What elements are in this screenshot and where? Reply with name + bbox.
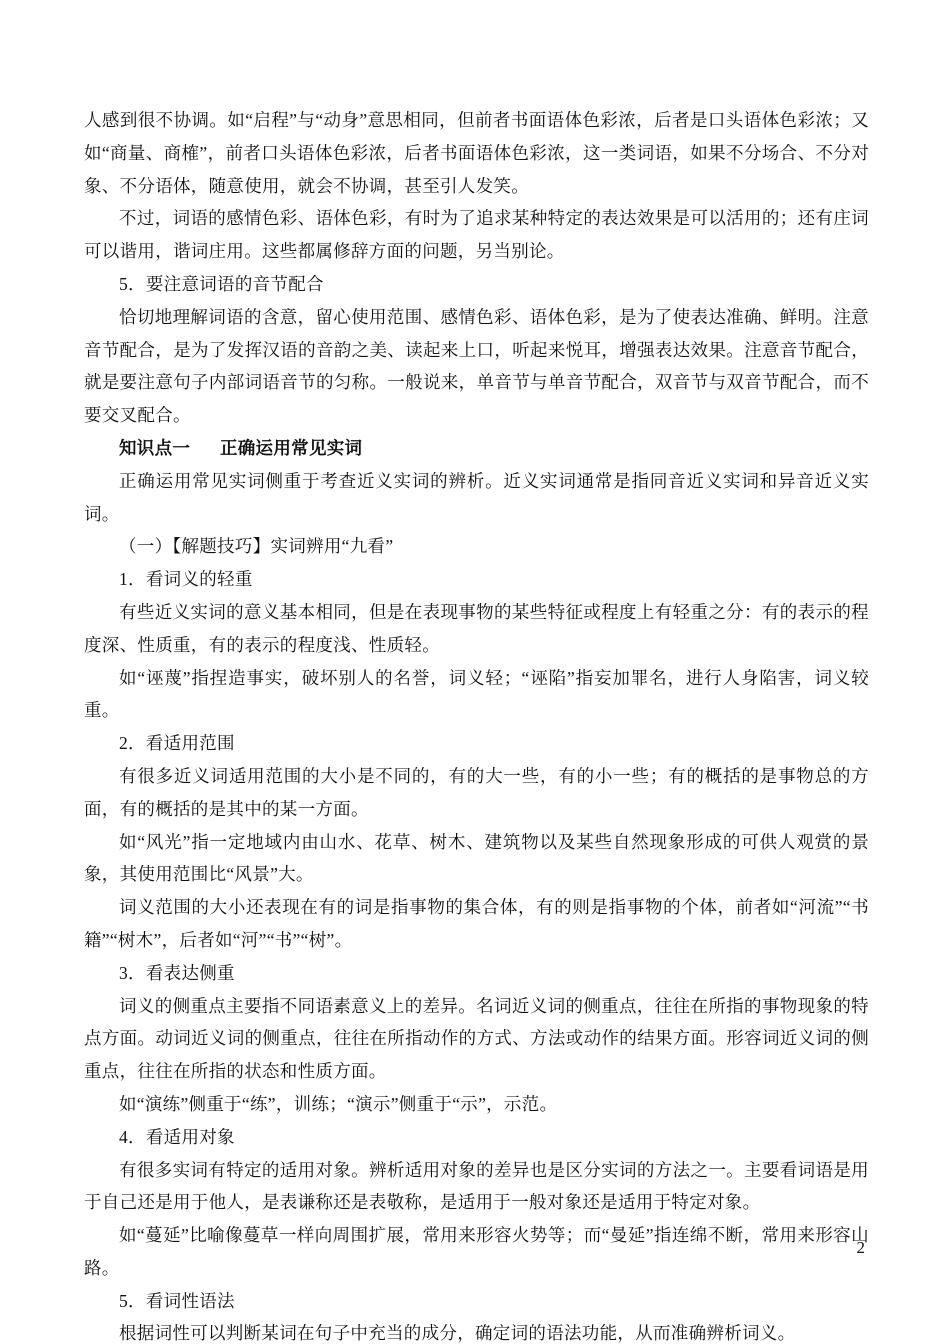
paragraph: 如“诬蔑”指捏造事实，破坏别人的名誉，词义轻；“诬陷”指妄加罪名，进行人身陷害，… xyxy=(84,662,869,728)
paragraph: 词义范围的大小还表现在有的词是指事物的集合体，有的则是指事物的个体，前者如“河流… xyxy=(84,891,869,957)
paragraph: 2．看适用范围 xyxy=(84,727,869,760)
paragraph: （一）【解题技巧】实词辨用“九看” xyxy=(84,530,869,563)
paragraph: 如“蔓延”比喻像蔓草一样向周围扩展，常用来形容火势等；而“曼延”指连绵不断，常用… xyxy=(84,1219,869,1285)
paragraph: 词义的侧重点主要指不同语素意义上的差异。名词近义词的侧重点，往往在所指的事物现象… xyxy=(84,990,869,1088)
paragraph: 如“演练”侧重于“练”，训练；“演示”侧重于“示”，示范。 xyxy=(84,1088,869,1121)
document-page: 人感到很不协调。如“启程”与“动身”意思相同，但前者书面语体色彩浓，后者是口头语… xyxy=(0,0,950,1344)
heading-part: 知识点一 xyxy=(119,438,190,458)
paragraph: 不过，词语的感情色彩、语体色彩，有时为了追求某种特定的表达效果是可以活用的；还有… xyxy=(84,202,869,268)
paragraph: 5．要注意词语的音节配合 xyxy=(84,268,869,301)
paragraph: 有很多近义词适用范围的大小是不同的，有的大一些，有的小一些；有的概括的是事物总的… xyxy=(84,760,869,826)
knowledge-point-heading: 知识点一正确运用常见实词 xyxy=(84,432,869,465)
paragraph: 人感到很不协调。如“启程”与“动身”意思相同，但前者书面语体色彩浓，后者是口头语… xyxy=(84,104,869,202)
paragraph: 3．看表达侧重 xyxy=(84,957,869,990)
document-body: 人感到很不协调。如“启程”与“动身”意思相同，但前者书面语体色彩浓，后者是口头语… xyxy=(84,104,869,1344)
paragraph: 4．看适用对象 xyxy=(84,1121,869,1154)
page-number: 2 xyxy=(857,1237,866,1259)
paragraph: 如“风光”指一定地域内由山水、花草、树木、建筑物以及某些自然现象形成的可供人观赏… xyxy=(84,826,869,892)
paragraph: 有很多实词有特定的适用对象。辨析适用对象的差异也是区分实词的方法之一。主要看词语… xyxy=(84,1154,869,1220)
paragraph: 5．看词性语法 xyxy=(84,1285,869,1318)
paragraph: 1．看词义的轻重 xyxy=(84,563,869,596)
paragraph: 恰切地理解词语的含意，留心使用范围、感情色彩、语体色彩，是为了使表达准确、鲜明。… xyxy=(84,301,869,432)
paragraph: 根据词性可以判断某词在句子中充当的成分，确定词的语法功能，从而准确辨析词义。 xyxy=(84,1317,869,1344)
paragraph: 正确运用常见实词侧重于考查近义实词的辨析。近义实词通常是指同音近义实词和异音近义… xyxy=(84,465,869,531)
heading-part: 正确运用常见实词 xyxy=(220,438,362,458)
paragraph: 有些近义实词的意义基本相同，但是在表现事物的某些特征或程度上有轻重之分：有的表示… xyxy=(84,596,869,662)
